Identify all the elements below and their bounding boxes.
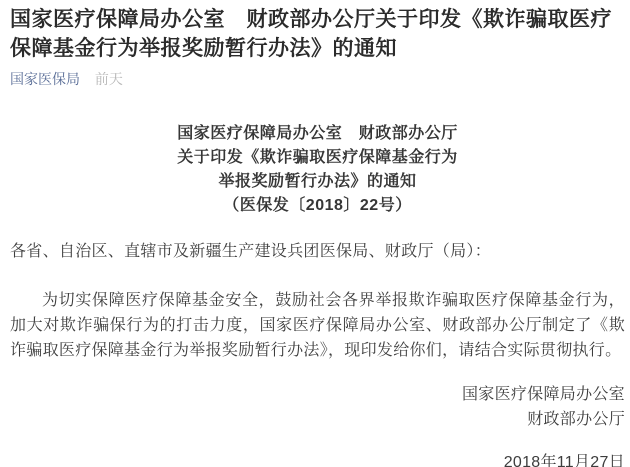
account-name-link[interactable]: 国家医保局 (10, 71, 80, 87)
doc-heading-line-3: 举报奖励暂行办法》的通知 (10, 170, 625, 194)
document-heading: 国家医疗保障局办公室 财政部办公厅 关于印发《欺诈骗取医疗保障基金行为 举报奖励… (10, 122, 625, 218)
salutation-line: 各省、自治区、直辖市及新疆生产建设兵团医保局、财政厅（局）： (10, 239, 625, 264)
signature-line-1: 国家医疗保障局办公室 (10, 382, 625, 407)
body-paragraph: 为切实保障医疗保障基金安全，鼓励社会各界举报欺诈骗取医疗保障基金行为，加大对欺诈… (10, 288, 625, 363)
document-date: 2018年11月27日 (10, 450, 625, 467)
signature-block: 国家医疗保障局办公室 财政部办公厅 (10, 382, 625, 432)
article-title: 国家医疗保障局办公室 财政部办公厅关于印发《欺诈骗取医疗保障基金行为举报奖励暂行… (10, 5, 625, 63)
signature-line-2: 财政部办公厅 (10, 407, 625, 432)
article-meta: 国家医保局 前天 (10, 71, 625, 88)
doc-heading-line-1: 国家医疗保障局办公室 财政部办公厅 (10, 122, 625, 146)
article-page: 国家医疗保障局办公室 财政部办公厅关于印发《欺诈骗取医疗保障基金行为举报奖励暂行… (0, 0, 630, 467)
doc-heading-line-4: （医保发〔2018〕22号） (10, 194, 625, 218)
publish-time: 前天 (95, 71, 123, 87)
doc-heading-line-2: 关于印发《欺诈骗取医疗保障基金行为 (10, 146, 625, 170)
